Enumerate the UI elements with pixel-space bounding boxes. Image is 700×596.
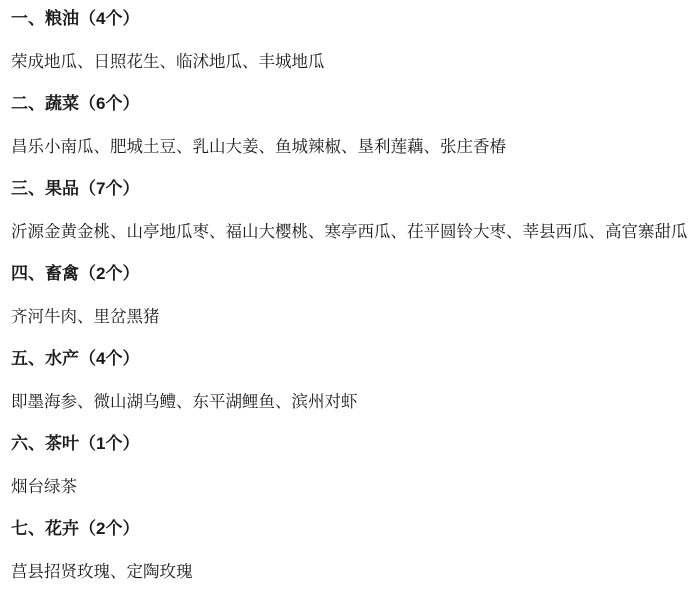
section-items-vegetables: 昌乐小南瓜、肥城土豆、乳山大姜、鱼城辣椒、垦利莲藕、张庄香椿 — [11, 137, 700, 157]
section-grain-oil: 一、粮油（4个） 荣成地瓜、日照花生、临沭地瓜、丰城地瓜 — [11, 9, 700, 72]
section-heading-fruits: 三、果品（7个） — [11, 179, 700, 199]
section-livestock: 四、畜禽（2个） 齐河牛肉、里岔黑猪 — [11, 264, 700, 327]
section-items-fruits: 沂源金黄金桃、山亭地瓜枣、福山大樱桃、寒亭西瓜、茌平圆铃大枣、莘县西瓜、高官寨甜… — [11, 222, 700, 242]
section-flowers: 七、花卉（2个） 莒县招贤玫瑰、定陶玫瑰 — [11, 519, 700, 582]
section-aquatic: 五、水产（4个） 即墨海参、微山湖乌鳢、东平湖鲤鱼、滨州对虾 — [11, 349, 700, 412]
section-items-tea: 烟台绿茶 — [11, 477, 700, 497]
section-items-livestock: 齐河牛肉、里岔黑猪 — [11, 307, 700, 327]
section-fruits: 三、果品（7个） 沂源金黄金桃、山亭地瓜枣、福山大樱桃、寒亭西瓜、茌平圆铃大枣、… — [11, 179, 700, 242]
section-items-grain-oil: 荣成地瓜、日照花生、临沭地瓜、丰城地瓜 — [11, 52, 700, 72]
section-items-aquatic: 即墨海参、微山湖乌鳢、东平湖鲤鱼、滨州对虾 — [11, 392, 700, 412]
section-heading-grain-oil: 一、粮油（4个） — [11, 9, 700, 29]
section-heading-livestock: 四、畜禽（2个） — [11, 264, 700, 284]
section-items-flowers: 莒县招贤玫瑰、定陶玫瑰 — [11, 562, 700, 582]
section-heading-flowers: 七、花卉（2个） — [11, 519, 700, 539]
section-heading-vegetables: 二、蔬菜（6个） — [11, 94, 700, 114]
product-category-list: 一、粮油（4个） 荣成地瓜、日照花生、临沭地瓜、丰城地瓜 二、蔬菜（6个） 昌乐… — [0, 0, 700, 582]
section-heading-tea: 六、茶叶（1个） — [11, 434, 700, 454]
section-vegetables: 二、蔬菜（6个） 昌乐小南瓜、肥城土豆、乳山大姜、鱼城辣椒、垦利莲藕、张庄香椿 — [11, 94, 700, 157]
section-heading-aquatic: 五、水产（4个） — [11, 349, 700, 369]
section-tea: 六、茶叶（1个） 烟台绿茶 — [11, 434, 700, 497]
